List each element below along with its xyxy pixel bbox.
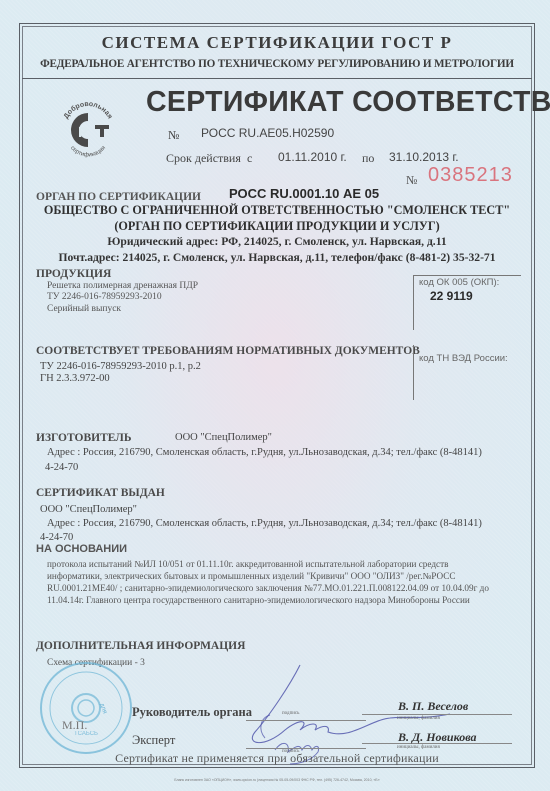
certification-body-name: ОБЩЕСТВО С ОГРАНИЧЕННОЙ ОТВЕТСТВЕННОСТЬЮ… <box>22 203 532 218</box>
tnved-divider <box>413 345 414 400</box>
signature-caption: подпись <box>282 711 299 716</box>
certification-body-code: РОСС RU.0001.10 АЕ 05 <box>229 186 379 201</box>
expert-name: В. Д. Новикова <box>398 730 476 745</box>
svg-text:Добровольная: Добровольная <box>63 101 113 120</box>
manufacturer-name: ООО "СпецПолимер" <box>175 432 272 443</box>
stamp-label: М.П. <box>62 718 87 733</box>
manufacturer-address-cont: 4-24-70 <box>45 462 78 473</box>
name-caption: инициалы, фамилия <box>397 745 440 750</box>
okp-code-label: код ОК 005 (ОКП): <box>419 277 499 288</box>
rst-logo-icon: Добровольная P сертификация <box>57 99 119 161</box>
certification-body-postal-address: Почт.адрес: 214025, г. Смоленск, ул. Нар… <box>22 251 532 264</box>
agency-name: ФЕДЕРАЛЬНОЕ АГЕНТСТВО ПО ТЕХНИЧЕСКОМУ РЕ… <box>22 58 532 70</box>
certification-body-label: ОРГАН ПО СЕРТИФИКАЦИИ <box>36 191 201 203</box>
compliance-heading: СООТВЕТСТВУЕТ ТРЕБОВАНИЯМ НОРМАТИВНЫХ ДО… <box>36 345 420 357</box>
svg-text:сертификация: сертификация <box>69 145 107 158</box>
tnved-code-label: код ТН ВЭД России: <box>419 353 508 364</box>
serial-number: 0385213 <box>428 164 513 187</box>
system-title: СИСТЕМА СЕРТИФИКАЦИИ ГОСТ Р <box>22 33 532 53</box>
basis-line: 11.04.14г. Главного центра государственн… <box>47 595 470 605</box>
serial-number-label: № <box>406 173 417 188</box>
logo-bottom-text: сертификация <box>69 145 107 158</box>
expert-label: Эксперт <box>132 733 175 748</box>
basis-line: протокола испытаний №ИЛ 10/051 от 01.11.… <box>47 559 448 569</box>
basis-line: информатики, электрических бытовых и про… <box>47 571 456 581</box>
seal-stamp-icon: ТСАБСБ ДЛЯ <box>38 660 134 756</box>
header-divider <box>22 78 532 79</box>
basis-line: RU.0001.21МЕ40/ ; санитарно-эпидемиологи… <box>47 583 489 593</box>
valid-from-date: 01.11.2010 г. <box>278 150 347 164</box>
certification-body-subtitle: (ОРГАН ПО СЕРТИФИКАЦИИ ПРОДУКЦИИ И УСЛУГ… <box>22 219 532 234</box>
compliance-document: ТУ 2246-016-78959293-2010 р.1, р.2 <box>40 361 201 372</box>
compliance-document: ГН 2.3.3.972-00 <box>40 373 110 384</box>
okp-code: 22 9119 <box>430 289 473 303</box>
svg-text:P: P <box>78 124 88 141</box>
basis-heading: НА ОСНОВАНИИ <box>36 543 127 555</box>
expert-signature-line <box>246 748 366 749</box>
print-info: Бланк изготовлен ЗАО «ОПЦИОН», www.opcio… <box>22 778 532 782</box>
logo-top-text: Добровольная <box>63 101 113 120</box>
issued-to-address: Адрес : Россия, 216790, Смоленская облас… <box>47 518 482 529</box>
valid-to-date: 31.10.2013 г. <box>389 150 459 164</box>
product-line: Серийный выпуск <box>47 304 121 314</box>
issued-to-name: ООО "СпецПолимер" <box>40 504 137 515</box>
product-line: ТУ 2246-016-78959293-2010 <box>47 292 162 302</box>
name-caption: инициалы, фамилия <box>397 716 440 721</box>
certification-body-legal-address: Юридический адрес: РФ, 214025, г. Смолен… <box>22 235 532 248</box>
head-name: В. П. Веселов <box>398 699 468 714</box>
issued-to-heading: СЕРТИФИКАТ ВЫДАН <box>36 487 165 499</box>
head-name-line <box>362 714 512 715</box>
manufacturer-heading: ИЗГОТОВИТЕЛЬ <box>36 432 131 444</box>
head-signature-line <box>246 720 366 721</box>
validity-to-prefix: по <box>362 151 374 166</box>
additional-info-heading: ДОПОЛНИТЕЛЬНАЯ ИНФОРМАЦИЯ <box>36 640 245 652</box>
issued-to-address-cont: 4-24-70 <box>40 532 73 543</box>
product-heading: ПРОДУКЦИЯ <box>36 268 111 280</box>
certificate-number-label: № <box>168 128 179 143</box>
head-of-body-label: Руководитель органа <box>132 705 252 720</box>
certificate-title: СЕРТИФИКАТ СООТВЕТСТВИЯ <box>146 86 550 119</box>
validity-label: Срок действия <box>166 151 241 166</box>
certificate-number: РОСС RU.AE05.H02590 <box>201 126 334 140</box>
product-line: Решетка полимерная дренажная ПДР <box>47 281 198 291</box>
validity-from-prefix: с <box>247 151 252 166</box>
footer-note: Сертификат не применяется при обязательн… <box>22 751 532 766</box>
manufacturer-address: Адрес : Россия, 216790, Смоленская облас… <box>47 447 482 458</box>
